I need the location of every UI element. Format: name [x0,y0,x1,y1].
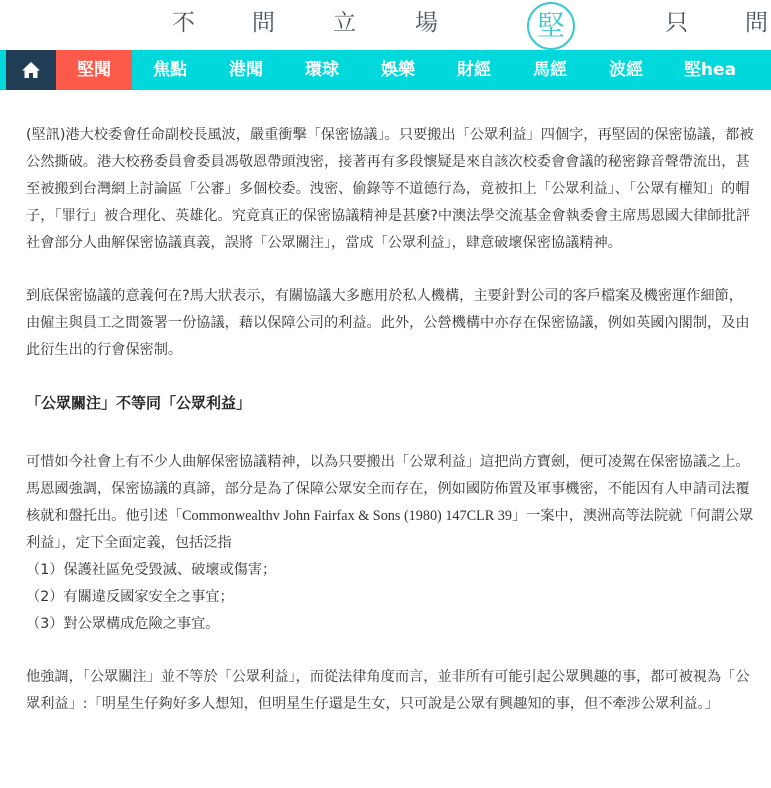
home-icon [21,61,41,79]
article-subheading: 「公眾關注」不等同「公眾利益」 [26,390,756,417]
main-nav: 堅聞 焦點 港聞 環球 娛樂 財經 馬經 波經 堅hea [0,50,771,90]
article-body: (堅訊)港大校委會任命副校長風波，嚴重衝擊「保密協議」。只要搬出「公眾利益」四個… [26,122,756,744]
site-logo[interactable]: 堅 [527,2,575,50]
masthead: 不 問 立 場 堅 只 問 [0,0,771,50]
nav-item-hk-news[interactable]: 港聞 [216,50,276,90]
tagline-char: 問 [745,8,768,38]
nav-item-football[interactable]: 波經 [596,50,656,90]
tagline-char: 立 [333,8,356,38]
tagline-char: 問 [252,8,275,38]
case-citation: Commonwealthv John Fairfax & Sons (1980)… [182,508,512,524]
tagline-char: 只 [665,8,688,38]
nav-item-hea[interactable]: 堅hea [680,50,740,90]
tagline-char: 場 [415,8,438,38]
nav-item-entertainment[interactable]: 娛樂 [368,50,428,90]
article-paragraph: 可惜如今社會上有不少人曲解保密協議精神，以為只要搬出「公眾利益」這把尚方寶劍，便… [26,449,756,557]
nav-item-world[interactable]: 環球 [292,50,352,90]
article-paragraph: (堅訊)港大校委會任命副校長風波，嚴重衝擊「保密協議」。只要搬出「公眾利益」四個… [26,122,756,257]
nav-item-news[interactable]: 堅聞 [56,50,132,90]
tagline-char: 不 [172,8,195,38]
nav-item-finance[interactable]: 財經 [444,50,504,90]
list-item: （3）對公眾構成危險之事宜。 [26,611,756,638]
list-item: （1）保護社區免受毀滅、破壞或傷害； [26,557,756,584]
article-paragraph: 到底保密協議的意義何在?馬大狀表示，有關協議大多應用於私人機構，主要針對公司的客… [26,283,756,364]
list-item: （2）有關違反國家安全之事宜； [26,584,756,611]
nav-item-horse-racing[interactable]: 馬經 [520,50,580,90]
nav-item-focus[interactable]: 焦點 [140,50,200,90]
article-paragraph: 他強調，「公眾關注」並不等於「公眾利益」，而從法律角度而言，並非所有可能引起公眾… [26,664,756,718]
home-button[interactable] [6,50,56,90]
